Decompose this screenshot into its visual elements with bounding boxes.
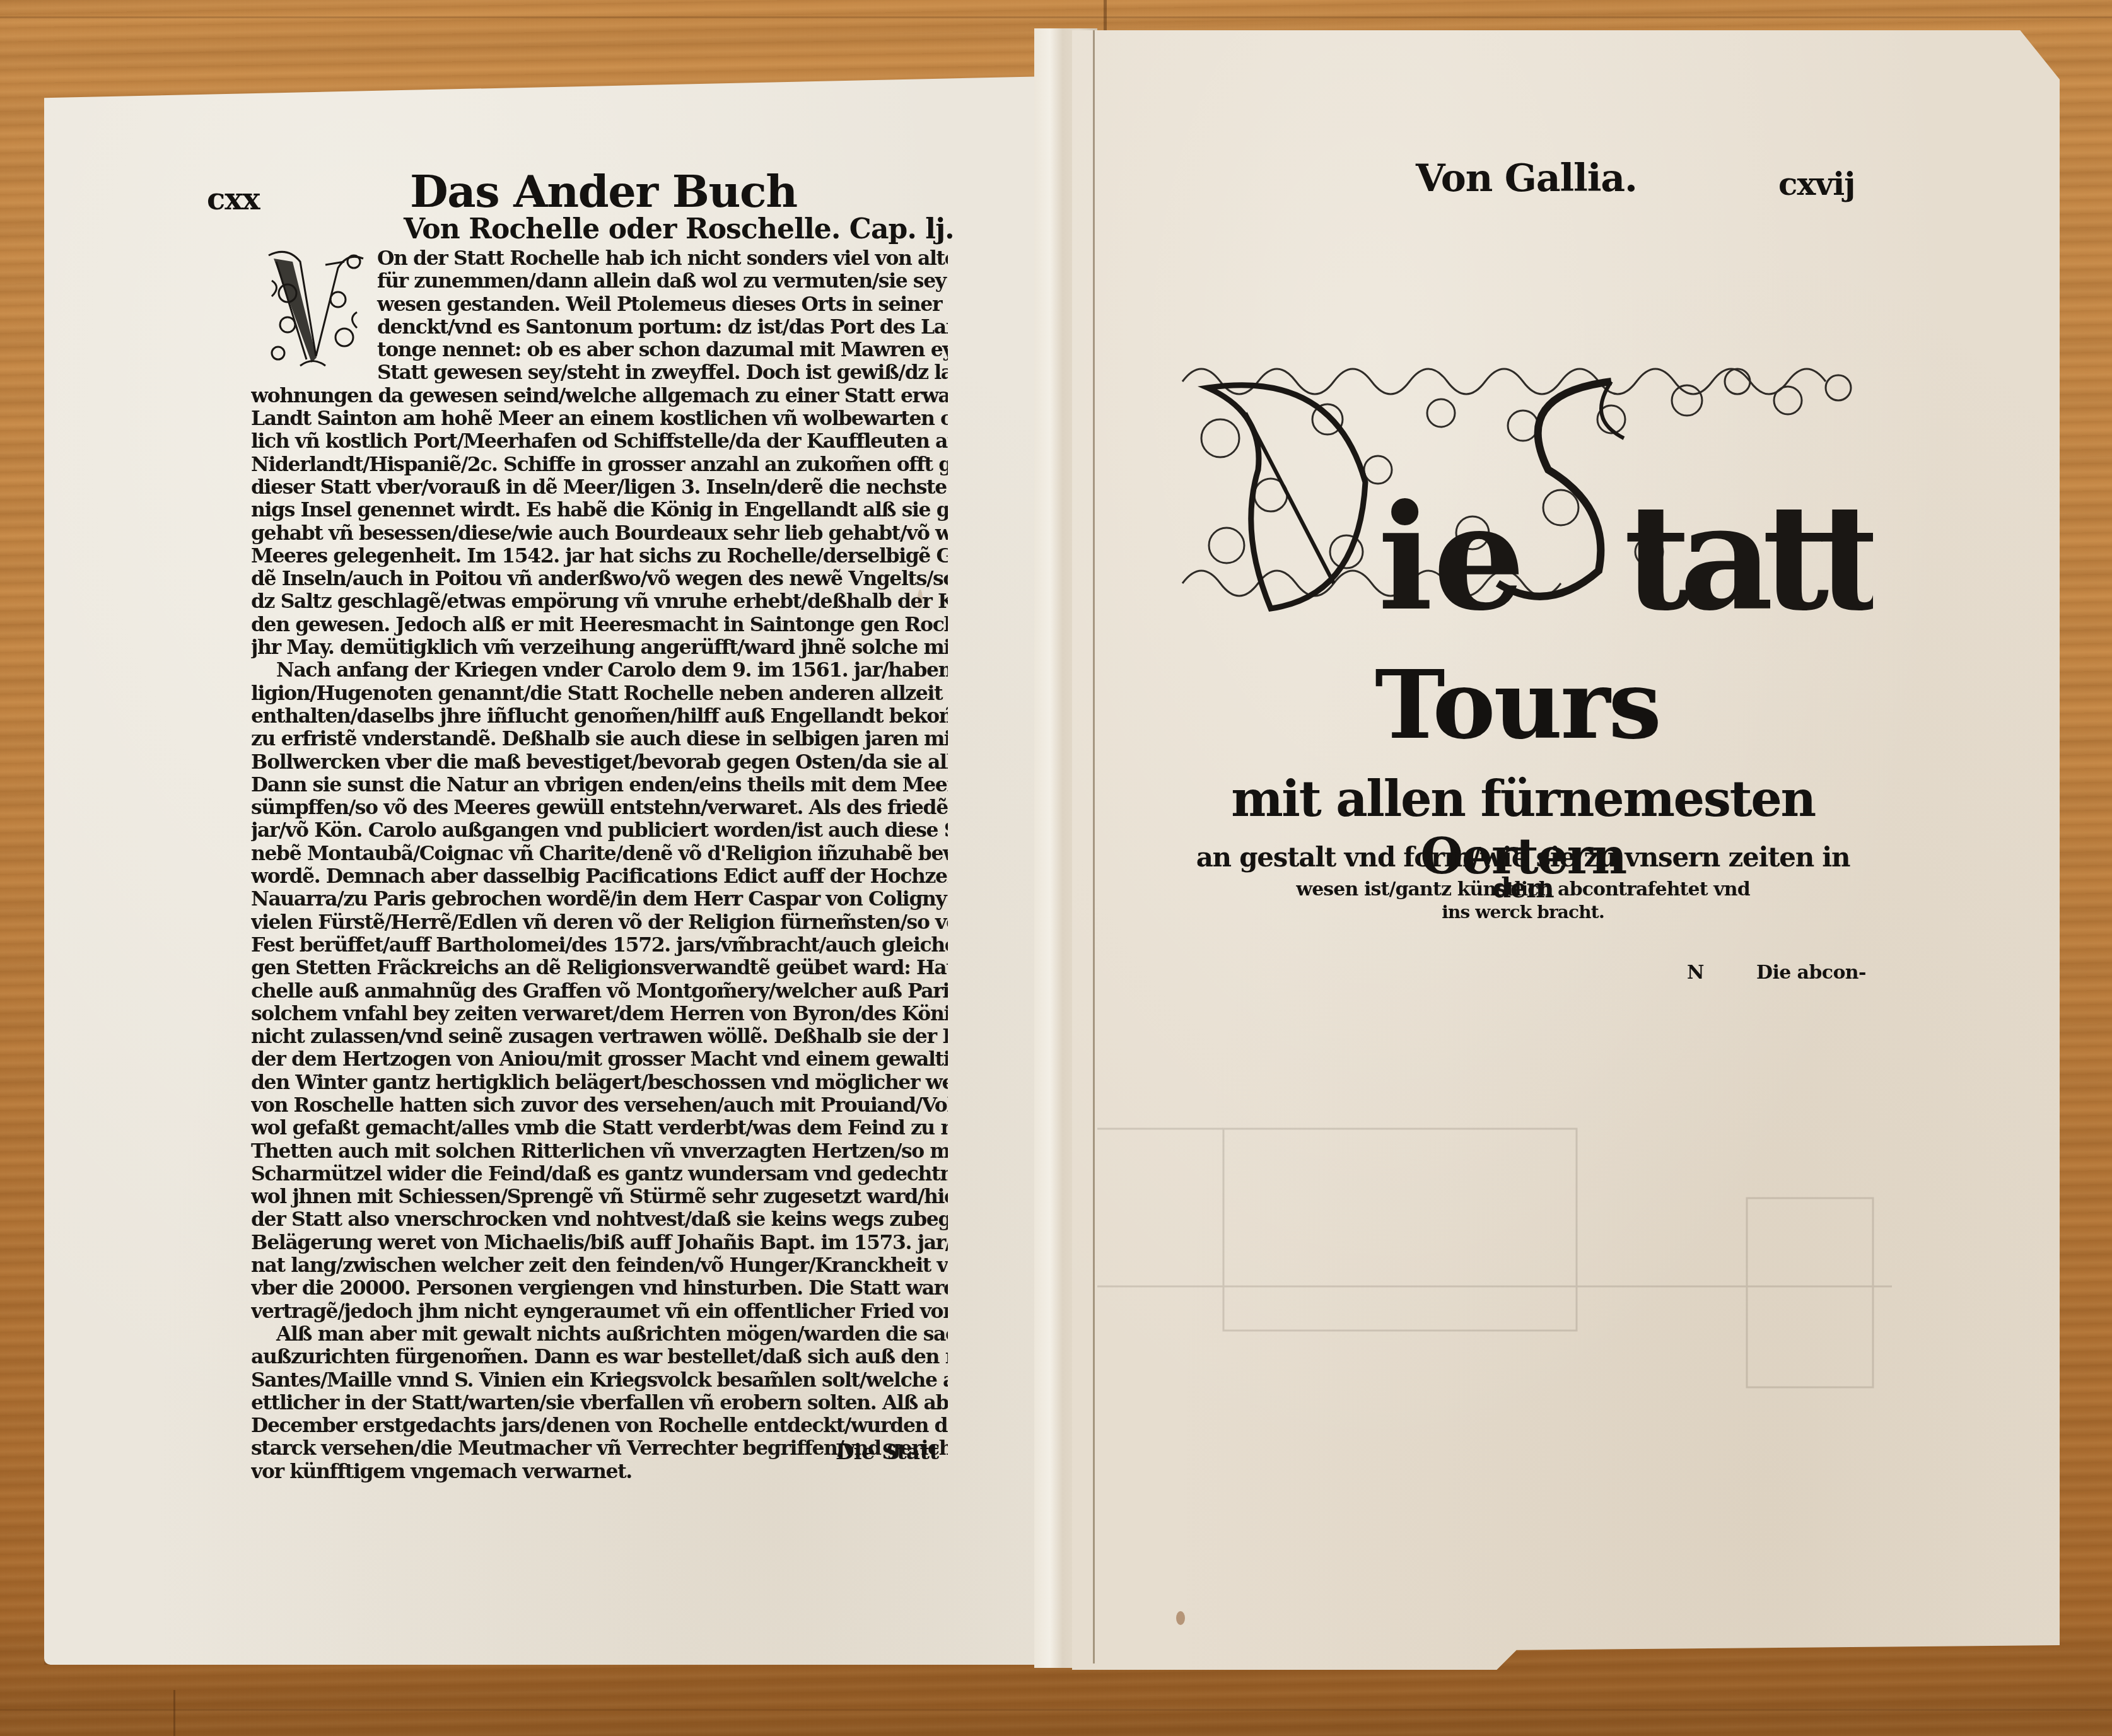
text-line: dẽ Inseln/auch in Poitou vñ anderßwo/võ … <box>251 568 948 590</box>
text-line: wesen gestanden. Weil Ptolemeus dieses O… <box>251 293 948 316</box>
text-line: solchem vnfahl bey zeiten verwaret/dem H… <box>251 1003 948 1025</box>
text-line: der Statt also vnerschrocken vnd nohtves… <box>251 1208 948 1231</box>
running-head: Das Ander Buch <box>410 165 797 218</box>
text-line: lich vñ kostlich Port/Meerhafen od Schif… <box>251 430 948 453</box>
title-letters-ie: ie <box>1378 473 1526 621</box>
catchword: Die abcon- <box>1756 962 1866 984</box>
text-line: Bollwercken vber die maß bevestiget/bevo… <box>251 751 948 774</box>
floor-board-seam <box>0 16 2112 18</box>
running-head: Von Gallia. <box>1416 156 1637 201</box>
text-line: December erstgedachts jars/denen von Roc… <box>251 1414 948 1437</box>
text-line: enthalten/daselbs jhre iñflucht genom̃en… <box>251 705 948 728</box>
ornamental-title-die-statt: ie tatt <box>1170 344 1873 621</box>
subtitle-line: ins werck bracht. <box>1167 902 1879 923</box>
body-text-block: On der Statt Rochelle hab ich nicht sond… <box>251 247 948 1483</box>
title-letters-tatt: tatt <box>1624 473 1873 621</box>
text-line: vber die 20000. Personen vergiengen vnd … <box>251 1277 948 1300</box>
text-line: jhr May. demütigklich vm̃ verzeihung ang… <box>251 636 948 659</box>
text-line: von Roschelle hatten sich zuvor des vers… <box>251 1094 948 1117</box>
text-line: Belägerung weret von Michaelis/biß auff … <box>251 1232 948 1254</box>
city-title: Tours <box>1375 650 1660 760</box>
text-line: den gewesen. Jedoch alß er mit Heeresmac… <box>251 614 948 636</box>
chapter-title: Von Rochelle oder Roschelle. Cap. lj. <box>404 213 954 245</box>
text-line: Statt gewesen sey/steht in zweyffel. Doc… <box>251 361 948 384</box>
floor-board-seam <box>173 1690 175 1736</box>
text-line: außzurichten fürgenom̃en. Dann es war be… <box>251 1346 948 1368</box>
text-line: für zunemmen/dann allein daß wol zu verm… <box>251 270 948 293</box>
text-line: jar/võ Kön. Carolo außgangen vnd publici… <box>251 819 948 842</box>
text-line: On der Statt Rochelle hab ich nicht sond… <box>251 247 948 270</box>
foxing-stain <box>1176 1611 1185 1625</box>
text-line: vertragẽ/jedoch jhm nicht eyngeraumet vñ… <box>251 1300 948 1323</box>
text-line: Nach anfang der Kriegen vnder Carolo dem… <box>251 659 948 682</box>
floor-board-seam <box>0 1709 2112 1711</box>
text-line: wol gefaßt gemacht/alles vmb die Statt v… <box>251 1117 948 1139</box>
text-line: wol jhnen mit Schiessen/Sprengẽ vñ Stürm… <box>251 1185 948 1208</box>
text-line: ligion/Hugenoten genannt/die Statt Roche… <box>251 682 948 705</box>
text-line: tonge nennet: ob es aber schon dazumal m… <box>251 339 948 361</box>
text-line: nat lang/zwischen welcher zeit den feind… <box>251 1254 948 1277</box>
text-line: Fest berüffet/auff Bartholomei/des 1572.… <box>251 934 948 957</box>
text-line: zu erfristẽ vnderstandẽ. Deßhalb sie auc… <box>251 728 948 750</box>
floor-board-seam <box>1104 0 1107 30</box>
text-line: den Winter gantz hertigklich belägert/be… <box>251 1071 948 1094</box>
text-line: nicht zulassen/vnd seinẽ zusagen vertraw… <box>251 1025 948 1048</box>
text-line: chelle auß anmahnũg des Graffen võ Montg… <box>251 980 948 1003</box>
text-line: Dann sie sunst die Natur an vbrigen ende… <box>251 774 948 796</box>
text-line: nebẽ Montaubã/Coignac vñ Charite/denẽ võ… <box>251 842 948 865</box>
text-line: Alß man aber mit gewalt nichts außrichte… <box>251 1323 948 1346</box>
text-line: vielen Fürstẽ/Herrẽ/Edlen vñ deren võ de… <box>251 911 948 934</box>
text-line: Santes/Maille vnnd S. Vinien ein Kriegsv… <box>251 1369 948 1392</box>
text-line: Landt Sainton am hohẽ Meer an einem kost… <box>251 407 948 430</box>
folio-number: cxvij <box>1778 165 1855 202</box>
text-line: dz Saltz geschlagẽ/etwas empörung vñ vnr… <box>251 590 948 613</box>
text-line: gehabt vñ besessen/diese/wie auch Bourde… <box>251 522 948 545</box>
signature-mark: N <box>1687 962 1704 984</box>
text-line: gen Stetten Frãckreichs an dẽ Religionsv… <box>251 957 948 979</box>
text-line: Nauarra/zu Paris gebrochen wordẽ/in dem … <box>251 888 948 911</box>
subtitle-line: wesen ist/gantz künstlich abcontrafehtet… <box>1167 878 1879 900</box>
text-line: dieser Statt vber/vorauß in dẽ Meer/lige… <box>251 476 948 499</box>
folio-number: cxx <box>207 182 260 217</box>
text-line: sümpffen/so võ des Meeres gewüll entsteh… <box>251 796 948 819</box>
map-bleed-through-from-reverse <box>1097 1072 1892 1400</box>
text-line: wordẽ. Demnach aber dasselbig Pacificati… <box>251 865 948 888</box>
text-line: denckt/vnd es Santonum portum: dz ist/da… <box>251 316 948 339</box>
text-line: Thetten auch mit solchen Ritterlichen vñ… <box>251 1140 948 1163</box>
text-line: der dem Hertzogen von Aniou/mit grosser … <box>251 1048 948 1071</box>
page-fold-line <box>1093 30 1095 1663</box>
text-line: Scharmützel wider die Feind/daß es gantz… <box>251 1163 948 1185</box>
text-line: wohnungen da gewesen seind/welche allgem… <box>251 385 948 407</box>
text-line: nigs Insel genennet wirdt. Es habẽ die K… <box>251 499 948 521</box>
text-line: Meeres gelegenheit. Im 1542. jar hat sic… <box>251 545 948 568</box>
text-line: ettlicher in der Statt/warten/sie vberfa… <box>251 1392 948 1414</box>
catchword: Die Statt <box>836 1440 938 1465</box>
text-line: Niderlandt/Hispaniẽ/2c. Schiffe in gross… <box>251 453 948 476</box>
